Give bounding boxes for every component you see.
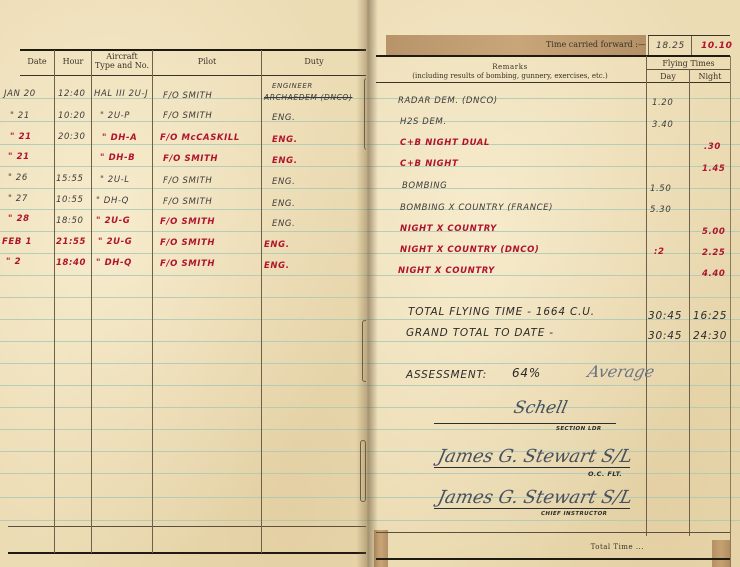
row-date: JAN 20 [4,89,36,99]
row-date: " 28 [8,214,30,224]
row-aircraft: " 2U-P [100,111,130,121]
header-hour: Hour [55,57,91,67]
row-aircraft: " DH-A [102,133,137,143]
row-hour: 18:50 [56,216,84,226]
remark-text: NIGHT X COUNTRY [400,224,497,234]
ruled-line [366,319,740,320]
left-logbook-page: Date Hour Aircraft Type and No. Pilot Du… [0,0,366,567]
column-divider [152,50,153,553]
remark-day: :2 [654,247,665,257]
header-remarks-sub: (including results of bombing, gunnery, … [376,71,644,81]
row-duty: ENG. [272,199,295,209]
remark-text: C+B NIGHT [400,159,458,169]
signature-line [434,508,630,509]
row-duty: ENG. [264,240,290,250]
remark-text: BOMBING X COUNTRY (FRANCE) [400,203,553,213]
remark-day: 1.20 [652,98,673,108]
carried-forward-night: 10.10 [701,41,732,51]
assessment-percentage: 64% [512,366,541,380]
total-time-top-rule [376,532,730,533]
row-pilot: F/O SMITH [163,91,212,101]
header-night: Night [690,72,730,82]
row-pilot: F/O SMITH [160,217,215,227]
total-flying-time-label: TOTAL FLYING TIME - 1664 C.U. [408,306,595,318]
row-pilot: F/O SMITH [163,111,212,121]
remark-night: 5.00 [702,227,725,237]
remark-text: BOMBING [402,181,447,191]
row-aircraft: " DH-Q [96,258,132,268]
row-hour: 21:55 [56,237,86,247]
remark-day: 1.50 [650,184,671,194]
section-leader-title: SECTION LDR [556,426,601,432]
chief-instructor-title: CHIEF INSTRUCTOR [541,511,607,517]
time-carried-forward-label: Time carried forward :— [516,40,646,50]
right-logbook-page: Time carried forward :— 18.25 10.10 Rema… [366,0,740,567]
row-pilot: F/O SMITH [160,238,215,248]
row-aircraft: " 2U-L [100,175,130,185]
grand-total-label: GRAND TOTAL TO DATE - [406,327,554,339]
section-leader-signature: Schell [512,398,569,418]
remark-night: .30 [704,142,721,152]
table-total-rule [8,526,366,527]
remark-text: RADAR DEM. (DNCO) [398,96,498,106]
row-duty-top: ENGINEER [272,82,313,90]
row-aircraft: HAL III 2U-J [94,89,148,99]
oc-flight-title: O.C. FLT. [588,470,622,478]
row-aircraft: " 2U-G [98,237,132,247]
row-aircraft: " DH-Q [96,196,129,206]
row-pilot: F/O SMITH [163,197,212,207]
remark-text: NIGHT X COUNTRY (DNCO) [400,245,539,255]
page-edge [730,56,731,567]
tape-strip [712,540,730,567]
signature-line [434,467,630,468]
remark-text: NIGHT X COUNTRY [398,266,495,276]
header-bottom-border [376,82,730,83]
remark-night: 1.45 [702,164,725,174]
row-pilot: F/O SMITH [160,259,215,269]
signature-line [434,423,616,424]
column-divider [646,56,647,536]
row-hour: 12:40 [58,89,86,99]
row-date: " 27 [8,194,28,204]
ruled-line [366,297,740,298]
row-hour: 10:20 [58,111,86,121]
row-duty: ENG. [272,177,295,187]
remark-text: C+B NIGHT DUAL [400,138,490,148]
total-flying-time-day: 30:45 [648,310,682,322]
ruled-line [366,363,740,364]
total-flying-time-night: 16:25 [693,310,727,322]
remark-day: 3.40 [652,120,673,130]
header-bottom-border [20,75,366,76]
row-duty: ENG. [264,261,290,271]
assessment-grade: Average [586,362,656,381]
row-pilot: F/O McCASKILL [160,133,240,143]
row-aircraft: " 2U-G [96,216,130,226]
ruled-line [366,385,740,386]
remark-night: 2.25 [702,248,725,258]
ruled-line [366,429,740,430]
ruled-line [366,473,740,474]
assessment-label: ASSESSMENT: [406,369,487,381]
row-hour: 10:55 [56,195,84,205]
row-date: " 21 [10,132,32,142]
column-divider [689,69,690,536]
flying-times-divider [646,69,730,70]
row-duty: ENG. [272,135,298,145]
header-date: Date [20,57,54,67]
row-pilot: F/O SMITH [163,154,218,164]
carried-forward-box-top [648,35,730,36]
column-divider [91,50,92,553]
header-duty: Duty [262,57,366,67]
remark-text: H2S DEM. [400,117,447,127]
ruled-line [366,341,740,342]
carried-forward-day: 18.25 [656,41,685,51]
grand-total-day: 30:45 [648,330,682,342]
column-divider [261,50,262,553]
table-top-border [20,49,366,51]
column-divider [54,50,55,553]
row-duty: ENG. [272,156,298,166]
row-duty: ENG. [272,113,295,123]
header-day: Day [647,72,689,82]
row-date: " 21 [8,152,30,162]
row-aircraft: " DH-B [100,153,135,163]
chief-instructor-signature: James G. Stewart S/L [436,487,635,508]
book-spine [356,0,378,567]
row-hour: 20:30 [58,132,86,142]
remark-day: 5.30 [650,205,671,215]
header-aircraft-line2: Type and No. [92,61,152,71]
row-pilot: F/O SMITH [163,176,212,186]
table-top-border [376,55,730,57]
row-date: " 26 [8,173,28,183]
row-date: FEB 1 [2,237,32,247]
row-hour: 18:40 [56,258,86,268]
column-divider [691,35,692,55]
oc-flight-signature: James G. Stewart S/L [436,446,635,467]
remark-night: 4.40 [702,269,725,279]
total-time-label: Total Time ... [516,542,644,552]
header-pilot: Pilot [153,57,261,67]
row-date: " 21 [10,111,30,121]
grand-total-night: 24:30 [693,330,727,342]
ruled-line [366,520,740,521]
table-bottom-border [8,552,366,554]
header-flying-times: Flying Times [647,59,730,69]
row-date: " 2 [6,257,21,267]
row-hour: 15:55 [56,174,84,184]
row-duty: ARCHAEDEM (DNCO) [264,93,352,102]
row-duty: ENG. [272,219,295,229]
table-bottom-border [376,558,730,560]
column-divider [648,35,649,55]
